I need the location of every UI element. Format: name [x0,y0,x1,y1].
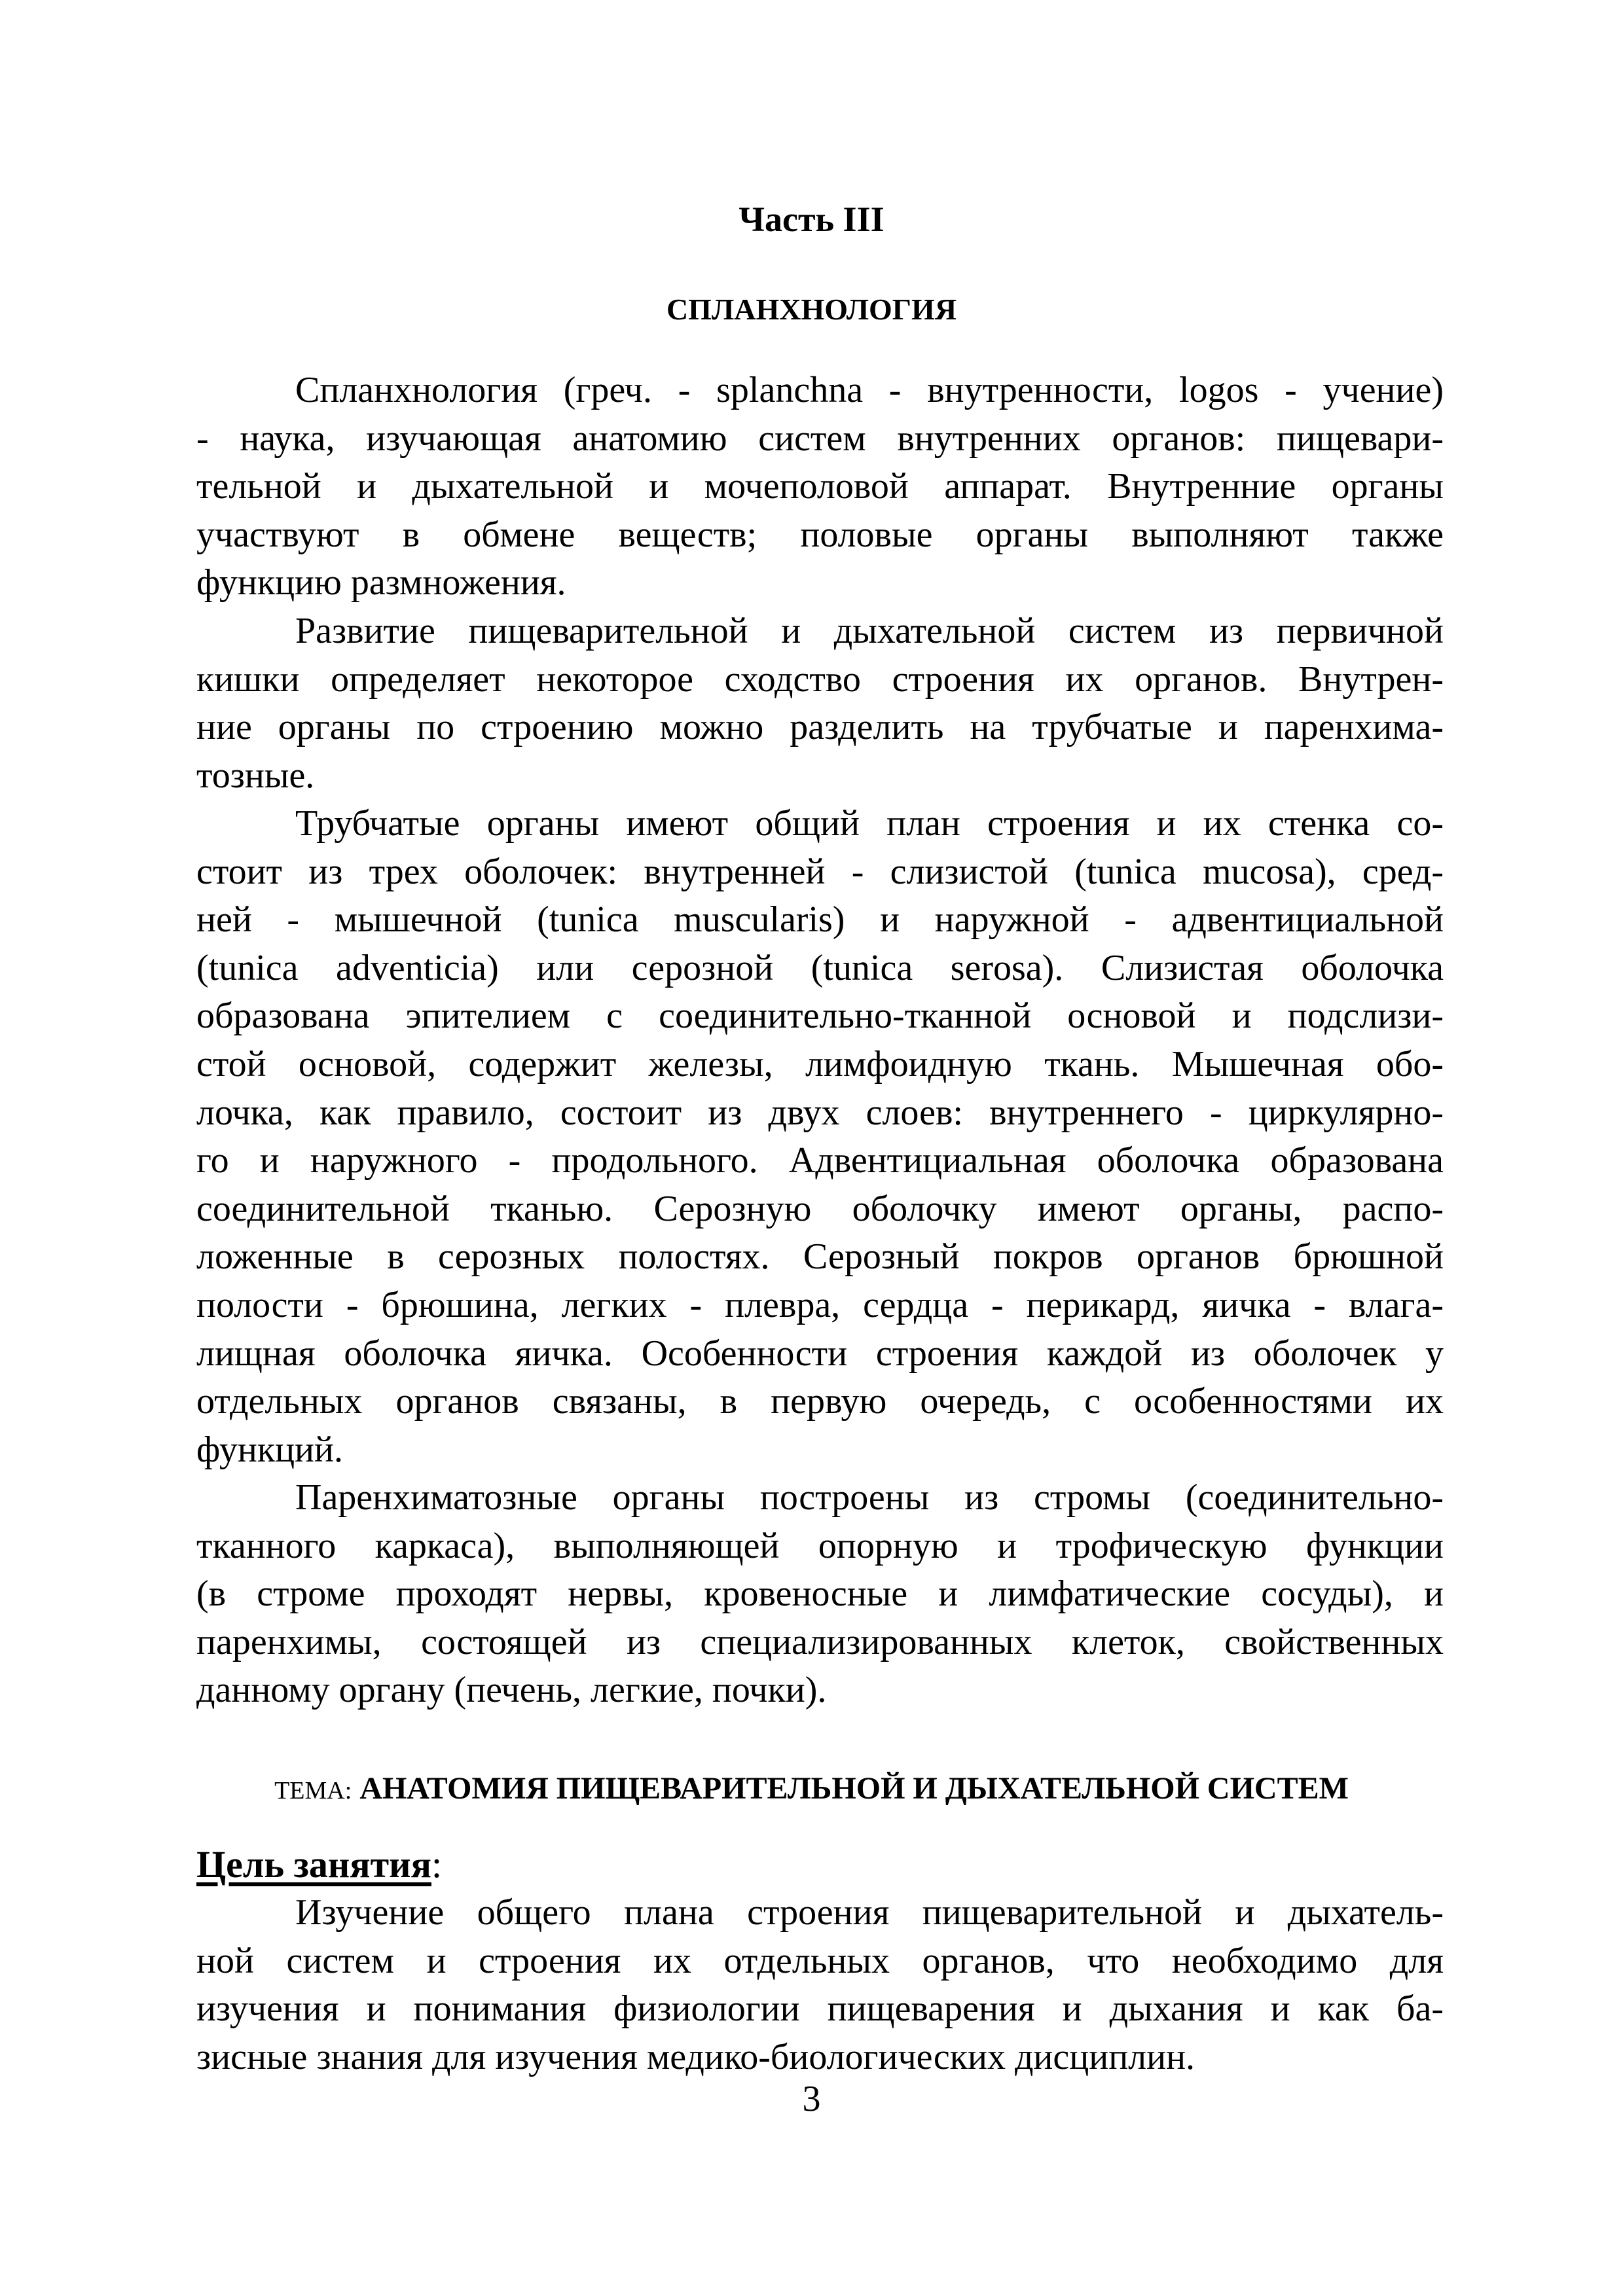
text-line: ложенные в серозных полостях. Серозный п… [196,1233,1444,1282]
text-line: тозные. [196,752,1444,800]
text-line: Спланхнология (греч. - splanchna - внутр… [196,367,1444,415]
text-line: соединительной тканью. Серозную оболочку… [196,1185,1444,1234]
text-line: данному органу (печень, легкие, почки). [196,1666,1444,1715]
text-line: (tunica adventicia) или серозной (tunica… [196,944,1444,993]
paragraph-intro: Спланхнология (греч. - splanchna - внутр… [196,367,1444,607]
text-line: изучения и понимания физиологии пищеваре… [196,1985,1444,2034]
text-line: участвуют в обмене веществ; половые орга… [196,511,1444,560]
text-line: отдельных органов связаны, в первую очер… [196,1378,1444,1426]
text-line: полости - брюшина, легких - плевра, серд… [196,1282,1444,1330]
text-line: Трубчатые органы имеют общий план строен… [196,800,1444,848]
section-title: СПЛАНХНОЛОГИЯ [0,288,1623,331]
goal-heading: Цель занятия: [196,1840,442,1889]
part-title: Часть III [0,195,1623,243]
text-line: стой основой, содержит железы, лимфоидну… [196,1041,1444,1089]
paragraph-development: Развитие пищеварительной и дыхательной с… [196,607,1444,800]
text-line: стоит из трех оболочек: внутренней - сли… [196,848,1444,897]
topic-title: АНАТОМИЯ ПИЩЕВАРИТЕЛЬНОЙ И ДЫХАТЕЛЬНОЙ С… [359,1771,1349,1806]
text-line: го и наружного - продольного. Адвентициа… [196,1137,1444,1185]
document-page: Часть III СПЛАНХНОЛОГИЯ Спланхнология (г… [0,0,1623,2296]
paragraph-tubular-organs: Трубчатые органы имеют общий план строен… [196,800,1444,1474]
text-line: тельной и дыхательной и мочеполовой аппа… [196,463,1444,511]
text-line: (в строме проходят нервы, кровеносные и … [196,1570,1444,1619]
paragraph-parenchymal-organs: Паренхиматозные органы построены из стро… [196,1474,1444,1715]
text-line: образована эпителием с соединительно-тка… [196,992,1444,1041]
text-line: ней - мышечной (tunica muscularis) и нар… [196,896,1444,944]
text-line: ной систем и строения их отдельных орган… [196,1937,1444,1986]
text-line: функций. [196,1426,1444,1475]
text-line: Изучение общего плана строения пищеварит… [196,1889,1444,1937]
goal-label: Цель занятия [196,1843,431,1886]
topic-heading: ТЕМА: АНАТОМИЯ ПИЩЕВАРИТЕЛЬНОЙ И ДЫХАТЕЛ… [0,1767,1623,1812]
text-line: Паренхиматозные органы построены из стро… [196,1474,1444,1522]
text-line: лочка, как правило, состоит из двух слое… [196,1089,1444,1138]
topic-prefix: ТЕМА: [274,1777,352,1804]
text-line: лищная оболочка яичка. Особенности строе… [196,1330,1444,1378]
goal-colon: : [431,1843,442,1886]
text-line: кишки определяет некоторое сходство стро… [196,656,1444,704]
text-line: ние органы по строению можно разделить н… [196,704,1444,752]
text-line: Развитие пищеварительной и дыхательной с… [196,607,1444,656]
text-line: паренхимы, состоящей из специализированн… [196,1619,1444,1667]
text-line: тканного каркаса), выполняющей опорную и… [196,1522,1444,1571]
paragraph-goal: Изучение общего плана строения пищеварит… [196,1889,1444,2081]
text-line: - наука, изучающая анатомию систем внутр… [196,415,1444,463]
page-number: 3 [0,2075,1623,2123]
text-line: функцию размножения. [196,559,1444,607]
